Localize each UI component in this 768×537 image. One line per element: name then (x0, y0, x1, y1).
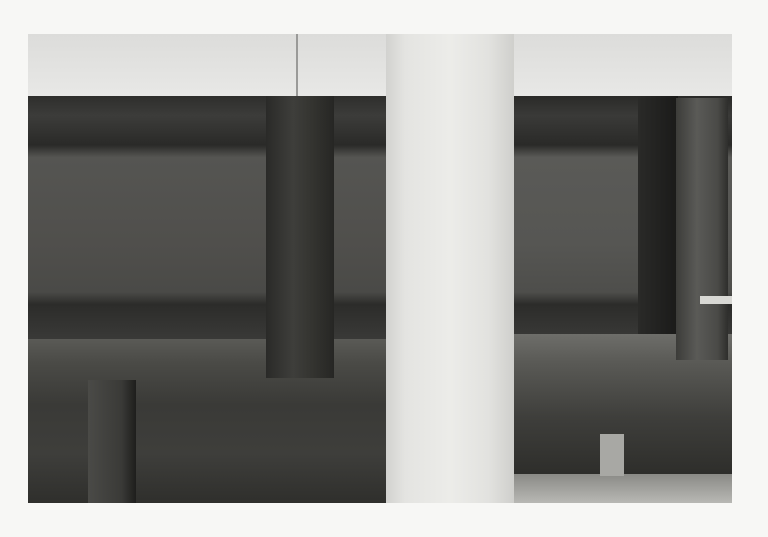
ceiling-seam (296, 34, 298, 96)
old-post-left (266, 96, 334, 378)
floor (514, 474, 732, 503)
wood-block (88, 380, 136, 503)
wood-stake (600, 434, 624, 476)
ceiling-panel (28, 34, 732, 96)
new-wood-post (386, 34, 514, 503)
metal-bracket (700, 296, 732, 304)
photograph (28, 34, 732, 503)
dark-recess (638, 96, 678, 356)
old-post-right (676, 98, 728, 360)
